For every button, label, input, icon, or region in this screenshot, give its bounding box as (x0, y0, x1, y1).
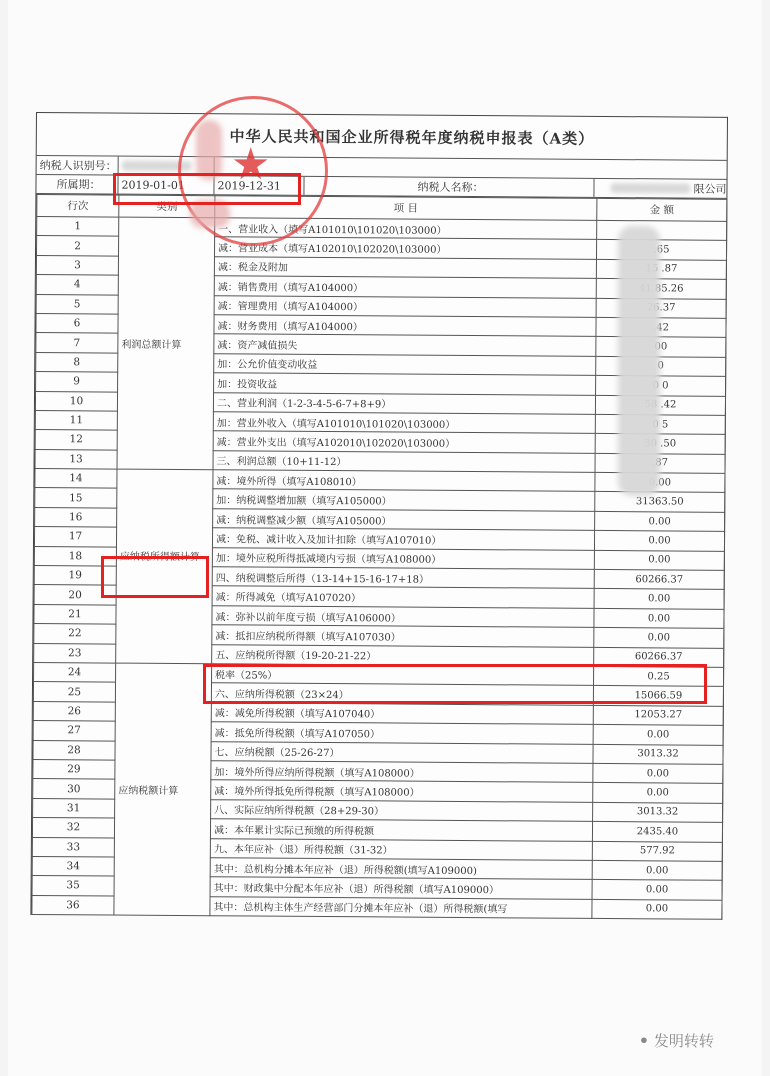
form-title: 中华人民共和国企业所得税年度纳税申报表（A类） (37, 113, 727, 161)
item-label: 其中：总机构分摊本年应补（退）所得税额(填写A109000) (210, 858, 592, 880)
amount-value: .87 (595, 453, 725, 473)
item-label: 减：销售费用（填写A104000） (214, 276, 596, 298)
amount-value: 0.00 (595, 511, 725, 531)
item-label: 减：营业外支出（填写A102010\102020\103000） (213, 431, 595, 453)
amount-value: 00 (596, 337, 726, 357)
amount-value: 30 .50 (595, 434, 725, 454)
amount-value: 0.00 (594, 608, 724, 628)
amount-value: 0.00 (594, 589, 724, 609)
row-number: 25 (33, 682, 115, 702)
col-row-header: 行次 (37, 195, 119, 218)
row-number: 26 (33, 701, 115, 721)
item-label: 减：弥补以前年度亏损（填写A106000） (212, 606, 594, 628)
amount-value: .42 (596, 317, 726, 337)
item-label: 五、应纳税所得额（19-20-21-22） (212, 644, 594, 666)
item-label: 八、实际应纳所得税额（28+29-30） (211, 799, 593, 821)
row-number: 15 (35, 488, 117, 508)
item-label: 加：境外应税所得抵减境内亏损（填写A108000） (212, 547, 594, 569)
row-number: 11 (35, 410, 117, 430)
amount-value: 41 85.26 (596, 279, 726, 299)
taxpayer-id-label: 纳税人识别号： (37, 156, 119, 175)
row-number: 18 (34, 546, 116, 566)
row-number: 36 (32, 895, 114, 915)
item-label: 加：营业外收入（填写A101010\101020\103000） (213, 412, 595, 434)
amount-value (597, 220, 727, 240)
item-label: 减：境外所得抵免所得税额（填写A108000） (211, 780, 593, 802)
item-label: 其中：总机构主体生产经营部门分摊本年应补（退）所得税额(填写 (210, 896, 592, 918)
amount-value: 58 .42 (595, 395, 725, 415)
amount-value: 12053.27 (593, 705, 723, 725)
row-number: 5 (36, 294, 118, 314)
item-label: 三、利润总额（10+11-12） (213, 450, 595, 472)
row-number: 29 (33, 759, 115, 779)
row-number: 19 (34, 566, 116, 586)
item-label: 税率（25%） (212, 664, 594, 686)
amount-value: 0.00 (594, 550, 724, 570)
amount-value: 0.00 (592, 880, 722, 900)
amount-value: 26.37 (596, 298, 726, 318)
row-number: 27 (33, 721, 115, 741)
item-label: 减：纳税调整减少额（填写A105000） (213, 509, 595, 531)
amount-value: 0.00 (592, 860, 722, 880)
row-number: 13 (35, 449, 117, 469)
row-number: 17 (34, 527, 116, 547)
item-label: 减：免税、减计收入及加计扣除（填写A107010） (212, 528, 594, 550)
amount-value: 2435.40 (592, 822, 722, 842)
item-label: 减：所得减免（填写A107020） (212, 586, 594, 608)
row-number: 21 (34, 604, 116, 624)
row-number: 12 (35, 430, 117, 450)
amount-value: 0 5 (595, 414, 725, 434)
row-number: 3 (36, 255, 118, 275)
row-number: 7 (36, 333, 118, 353)
amount-value: 0.00 (594, 628, 724, 648)
row-number: 14 (35, 469, 117, 489)
item-label: 其中：财政集中分配本年应补（退）所得税额（填写A109000） (210, 877, 592, 899)
item-label: 减：抵扣应纳税所得额（填写A107030） (212, 625, 594, 647)
row-number: 8 (36, 352, 118, 372)
amount-value: 577.92 (592, 841, 722, 861)
amount-value: 15 .87 (596, 259, 726, 279)
item-label: 七、应纳税额（25-26-27） (211, 741, 593, 763)
item-label: 减：本年累计实际已预缴的所得税额 (210, 819, 592, 841)
item-label: 加：境外所得应纳所得税额（填写A108000） (211, 761, 593, 783)
amount-value: 3013.32 (593, 802, 723, 822)
amount-value: 0.00 (594, 531, 724, 551)
amount-value: 31363.50 (595, 492, 725, 512)
amount-value: 60266.37 (594, 569, 724, 589)
item-label: 四、纳税调整后所得（13-14+15-16-17+18） (212, 567, 594, 589)
item-label: 减：抵免所得税额（填写A107050） (211, 722, 593, 744)
amount-value: 0 (596, 356, 726, 376)
taxpayer-name-value: 限公司 (594, 179, 726, 198)
amount-value: .65 (596, 240, 726, 260)
item-label: 减：减免所得税额（填写A107040） (211, 703, 593, 725)
row-number: 22 (34, 624, 116, 644)
row-number: 1 (37, 217, 119, 237)
item-label: 九、本年应补（退）所得税额（31-32） (210, 838, 592, 860)
item-label: 减：境外所得（填写A108010） (213, 470, 595, 492)
row-number: 31 (33, 798, 115, 818)
star-icon: ★ (231, 139, 270, 190)
period-label: 所属期： (36, 175, 118, 194)
amount-value: 0.00 (592, 899, 722, 919)
category-cell: 应纳税所得额计算 (116, 469, 213, 664)
item-label: 六、应纳所得税额（23×24） (211, 683, 593, 705)
amount-value: 60266.37 (594, 647, 724, 667)
row-number: 16 (35, 507, 117, 527)
taxpayer-name-label: 纳税人名称： (304, 177, 594, 197)
row-number: 28 (33, 740, 115, 760)
row-number: 2 (36, 236, 118, 256)
item-label: 二、营业利润（1-2-3-4-5-6-7+8+9） (213, 392, 595, 414)
amount-value: 0.00 (593, 725, 723, 745)
row-number: 23 (34, 643, 116, 663)
amount-value: 0.00 (593, 763, 723, 783)
item-label: 加：投资收益 (214, 373, 596, 395)
amount-value: 3013.32 (593, 744, 723, 764)
row-number: 10 (35, 391, 117, 411)
row-number: 20 (34, 585, 116, 605)
row-number: 35 (32, 876, 114, 896)
wechat-icon: ꔷ (640, 1031, 648, 1051)
item-label: 减：管理费用（填写A104000） (214, 295, 596, 317)
row-number: 34 (32, 856, 114, 876)
watermark: ꔷ 发明转转 (640, 1030, 714, 1051)
row-number: 6 (36, 313, 118, 333)
category-cell: 应纳税额计算 (114, 663, 212, 916)
row-number: 24 (34, 662, 116, 682)
row-number: 32 (32, 818, 114, 838)
item-label: 减：财务费用（填写A104000） (214, 315, 596, 337)
row-number: 33 (32, 837, 114, 857)
redacted-amounts (618, 226, 660, 496)
item-label: 减：税金及附加 (214, 257, 596, 279)
row-number: 9 (36, 372, 118, 392)
item-label: 加：纳税调整增加额（填写A105000） (213, 489, 595, 511)
row-number: 30 (33, 779, 115, 799)
row-number: 4 (36, 275, 118, 295)
amount-value: 0.00 (593, 783, 723, 803)
amount-value: 0.25 (594, 666, 724, 686)
table-row: 24应纳税额计算税率（25%）0.25 (34, 662, 724, 686)
item-label: 减：资产减值损失 (214, 334, 596, 356)
category-cell: 利润总额计算 (117, 217, 215, 470)
amount-value: 0 0 (596, 376, 726, 396)
amount-value: 15066.59 (593, 686, 723, 706)
item-label: 加：公允价值变动收益 (214, 353, 596, 375)
col-amount-header: 金 额 (597, 198, 727, 221)
